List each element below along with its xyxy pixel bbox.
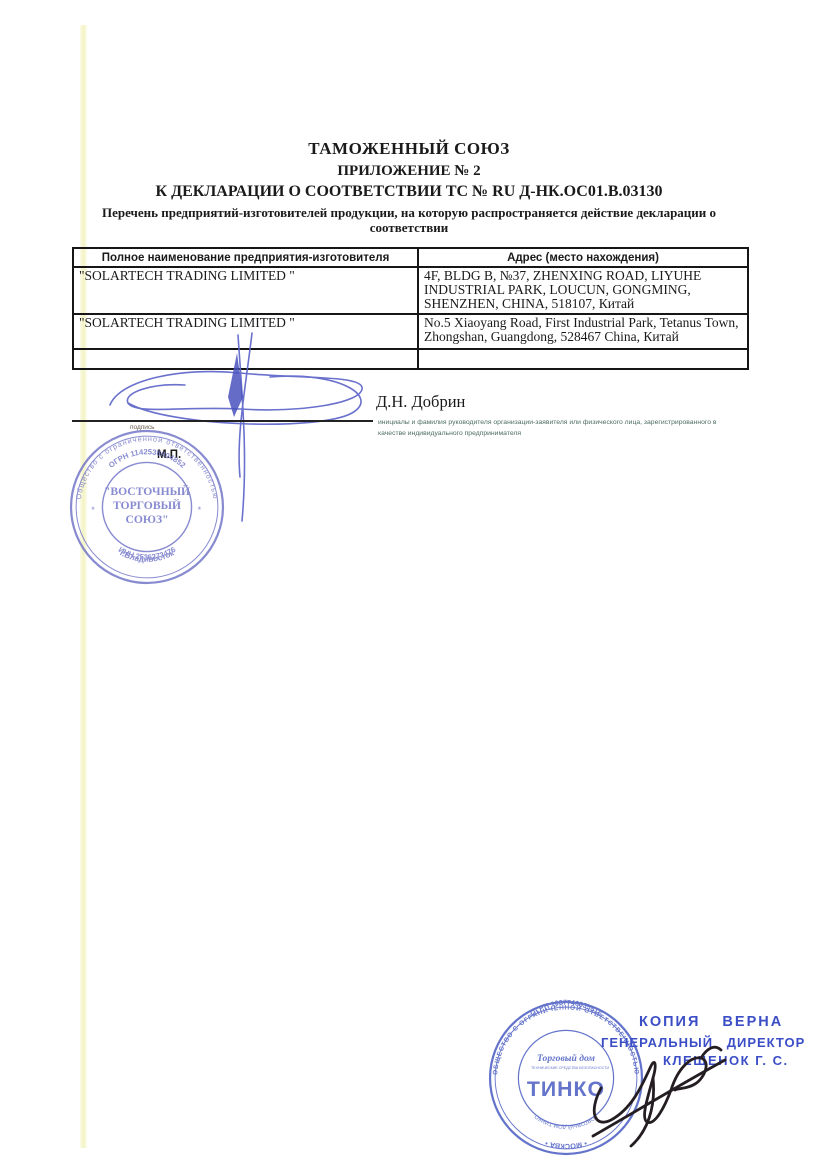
stamp-ring-ogrn: ОГРН 1142536004852 bbox=[107, 447, 188, 469]
stamp-center-line1: "ВОСТОЧНЫЙ bbox=[104, 484, 190, 498]
title-appendix: ПРИЛОЖЕНИЕ № 2 bbox=[72, 163, 746, 180]
signer-caption-note: инициалы и фамилия руководителя организа… bbox=[378, 418, 740, 439]
scanned-declaration-page: { "header": { "title_line1": "ТАМОЖЕННЫЙ… bbox=[0, 0, 823, 1165]
stamp-ring-city: • МОСКВА • bbox=[543, 1139, 588, 1151]
column-header-name: Полное наименование предприятия-изготови… bbox=[73, 248, 418, 267]
svg-text:• МОСКВА •: • МОСКВА • bbox=[543, 1139, 588, 1151]
table-header-row: Полное наименование предприятия-изготови… bbox=[73, 248, 748, 267]
svg-text:ОГРН 1142536004852: ОГРН 1142536004852 bbox=[107, 447, 188, 469]
column-header-address: Адрес (место нахождения) bbox=[418, 248, 748, 267]
stamp-center-line2: ТОРГОВЫЙ bbox=[113, 498, 181, 512]
manufacturer-name-cell: "SOLARTECH TRADING LIMITED " bbox=[73, 267, 418, 314]
round-stamp-vostochny-torgovy-soyuz: Общество с ограниченной ответственностью… bbox=[68, 428, 226, 586]
manufacturer-address-cell: 4F, BLDG B, №37, ZHENXING ROAD, LIYUHE I… bbox=[418, 267, 748, 314]
subtitle-manufacturers-list: Перечень предприятий-изготовителей проду… bbox=[72, 205, 746, 236]
manufacturer-address-cell: No.5 Xiaoyang Road, First Industrial Par… bbox=[418, 314, 748, 349]
title-declaration-number: К ДЕКЛАРАЦИИ О СООТВЕТСТВИИ ТС № RU Д-НК… bbox=[72, 183, 746, 201]
stamp-star-right: * bbox=[198, 505, 202, 515]
document-header: ТАМОЖЕННЫЙ СОЮЗ ПРИЛОЖЕНИЕ № 2 К ДЕКЛАРА… bbox=[72, 139, 746, 236]
handwritten-signature-dark bbox=[583, 1028, 743, 1150]
signature-line bbox=[72, 420, 373, 422]
stamp-star-left: * bbox=[91, 505, 95, 515]
signer-name: Д.Н. Добрин bbox=[376, 392, 465, 412]
stamp-center-line3: СОЮЗ" bbox=[125, 513, 168, 526]
title-customs-union: ТАМОЖЕННЫЙ СОЮЗ bbox=[72, 139, 746, 159]
table-row: "SOLARTECH TRADING LIMITED " 4F, BLDG B,… bbox=[73, 267, 748, 314]
manufacturer-address-cell bbox=[418, 349, 748, 369]
